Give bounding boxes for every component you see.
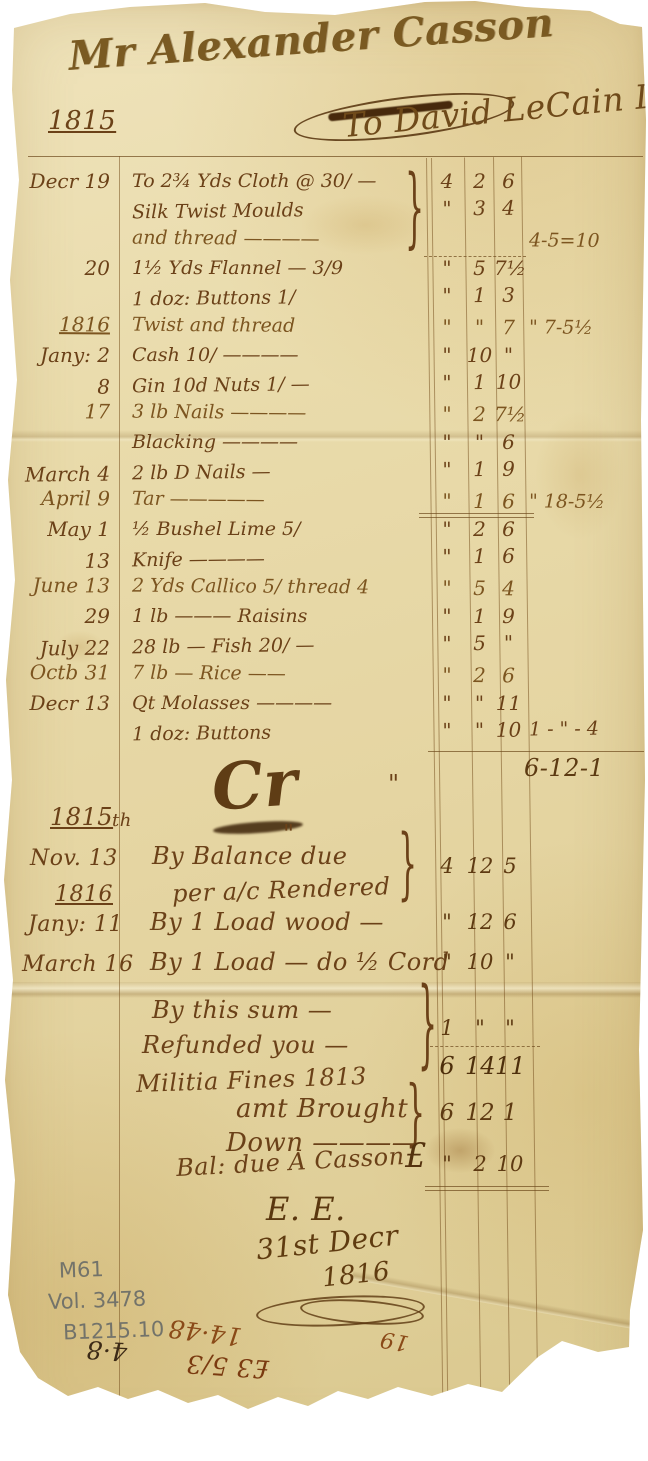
entry-pounds: " [429, 314, 465, 338]
amount-pence: 1 [495, 1100, 525, 1126]
balance-rule-line [425, 1190, 549, 1191]
ledger-row: 20 1½ Yds Flannel — 3/9 " 5 7½ [0, 253, 648, 282]
upside-down-jotting: 19 [378, 1326, 411, 1356]
entry-description: 1 lb ——— Raisins [118, 605, 429, 627]
ledger-row: Jany: 2 Cash 10/ ———— " 10 " [0, 340, 648, 369]
entry-date: Decr 13 [0, 691, 118, 715]
archive-mark-line: Vol. 3478 [47, 1283, 163, 1318]
ledger-row: 17 3 lb Nails ———— " 2 7½ [0, 396, 648, 430]
entry-description: Gin 10d Nuts 1/ — [118, 371, 429, 397]
entry-description: Tar ————— [118, 487, 429, 511]
entry-pounds: " [429, 256, 465, 280]
amount-shillings: 12 [465, 910, 495, 934]
amount-pounds: " [429, 1152, 465, 1176]
entry-date: Octb 31 [0, 659, 118, 684]
entry-description: and thread ———— [118, 226, 429, 250]
entry-pence: 11 [494, 691, 523, 715]
entry-date [0, 299, 118, 300]
entry-pounds: " [429, 718, 465, 742]
entry-subtotal-note: " 18-5½ [523, 490, 648, 513]
entry-pounds: " [429, 370, 465, 394]
credit-entry-date: Jany: 11 [28, 912, 123, 937]
debit-total: 6-12-1 [524, 754, 604, 782]
entry-pounds: " [429, 283, 465, 307]
archive-mark-line: M61 [46, 1252, 162, 1287]
entry-subtotal-note [523, 414, 648, 415]
entry-pence: 7½ [494, 402, 523, 426]
entry-pounds: " [429, 457, 465, 481]
entry-pounds: " [429, 430, 465, 454]
entry-pounds: " [429, 196, 465, 220]
entry-date [0, 734, 118, 735]
entry-pence: 6 [494, 543, 523, 567]
group-brace: } [405, 159, 424, 261]
entry-shillings: 1 [465, 456, 494, 480]
entry-pence: 9 [494, 456, 523, 480]
entry-description: 3 lb Nails ———— [118, 400, 429, 424]
ledger-row: May 1 ½ Bushel Lime 5/ " 2 6 [0, 514, 648, 543]
entry-pounds: " [429, 691, 465, 715]
amount-pence: 6 [495, 910, 525, 934]
brought-down-amount: 6 12 1 [429, 1100, 525, 1126]
amount-shillings: 10 [465, 950, 495, 974]
entry-shillings: 5 [465, 630, 494, 654]
amount-pence: 10 [495, 1152, 525, 1176]
entry-pence: 4 [494, 576, 523, 600]
entry-shillings: 5 [465, 575, 494, 599]
archive-marks: M61 Vol. 3478 B1215.10 [46, 1252, 164, 1349]
entry-shillings: 5 [465, 256, 494, 280]
entry-date: Decr 19 [0, 169, 118, 193]
amount-pounds: 4 [429, 854, 465, 878]
entry-description: Qt Molasses ———— [118, 692, 429, 714]
entry-pounds: " [429, 343, 465, 367]
entry-description: 1 doz: Buttons 1/ [118, 284, 429, 310]
entry-shillings: 1 [465, 488, 494, 512]
entry-subtotal-note [523, 467, 648, 469]
ledger-row: 29 1 lb ——— Raisins " 1 9 [0, 601, 648, 630]
entry-pounds: 4 [429, 169, 465, 193]
entry-description: Silk Twist Moulds [118, 197, 429, 223]
entry-description: 1½ Yds Flannel — 3/9 [118, 257, 429, 279]
ledger-row: June 13 2 Yds Callico 5/ thread 4 " 5 4 [0, 570, 648, 604]
credit-entry-description: By 1 Load — do ½ Cord [150, 948, 450, 976]
entry-subtotal-note [523, 380, 648, 382]
amount-shillings: " [465, 1016, 495, 1040]
entry-date: 17 [0, 398, 118, 423]
entry-pence: 6 [494, 517, 523, 541]
entry-subtotal-note: 4-5=10 [523, 229, 648, 252]
ledger-row: 1 doz: Buttons " " 10 1 - " - 4 [0, 713, 648, 750]
entry-subtotal-note [523, 641, 648, 643]
amount-shillings: 14 [465, 1052, 495, 1080]
entry-description: Twist and thread [118, 313, 429, 337]
ledger-row: Blacking ———— " " 6 [0, 427, 648, 456]
entry-shillings: 2 [465, 662, 494, 686]
entry-subtotal-note [523, 675, 648, 676]
amount-shillings: 12 [465, 1100, 495, 1126]
entry-pence: 3 [494, 282, 523, 306]
errors-excepted-mark: E. E. [266, 1190, 346, 1228]
credit-entry-description: Refunded you — [142, 1031, 349, 1059]
entry-date: June 13 [0, 572, 118, 597]
entry-pence: 6 [494, 169, 523, 193]
entry-shillings: 1 [465, 369, 494, 393]
entry-description: 28 lb — Fish 20/ — [118, 632, 429, 658]
entry-pence: 6 [494, 489, 523, 513]
entry-pounds: " [429, 401, 465, 425]
amount-pence: 11 [495, 1052, 525, 1080]
entry-subtotal-note [523, 206, 648, 208]
entry-shillings: 1 [465, 282, 494, 306]
entry-shillings: " [465, 717, 494, 741]
ledger-row: and thread ———— 4-5=10 [0, 222, 648, 256]
entry-shillings: 1 [465, 604, 494, 628]
credit-amount: 1 " " [429, 1016, 525, 1040]
credit-entry-description: By this sum — [152, 996, 332, 1024]
amount-pounds: 1 [429, 1016, 465, 1040]
debit-entries: Decr 19 To 2¾ Yds Cloth @ 30/ — 4 2 6 Si… [0, 166, 648, 746]
upside-down-jotting: 4·8 [85, 1335, 128, 1366]
amount-pounds: " [429, 910, 465, 934]
entry-date: 29 [0, 604, 118, 628]
entry-date [0, 236, 118, 237]
entry-description: 1 doz: Buttons [118, 719, 429, 745]
credit-entry-description: By Balance due [152, 842, 348, 870]
year-label: 1815 [48, 106, 116, 136]
entry-pence: " [494, 343, 523, 367]
balance-due-amount: " 2 10 [429, 1152, 525, 1176]
credit-heading: Cr [209, 745, 300, 826]
entry-shillings: 3 [465, 195, 494, 219]
debit-total-rule-line [428, 751, 644, 752]
entry-date: April 9 [0, 485, 118, 510]
credit-year-below: 1816 [55, 882, 113, 907]
entry-description: Knife ———— [118, 545, 429, 571]
ledger-row: Octb 31 7 lb — Rice —— " 2 6 [0, 657, 648, 691]
credit-entry-description: By 1 Load wood — [150, 908, 384, 936]
entry-description: Blacking ———— [118, 431, 429, 453]
credit-amount: " 10 " [429, 950, 525, 974]
credit-total-rule-line [430, 1046, 540, 1047]
entry-subtotal-note [523, 554, 648, 556]
credit-year-suffix: th [112, 810, 132, 831]
brought-down-label: amt Brought [236, 1094, 408, 1124]
entry-date: 20 [0, 256, 118, 280]
entry-date: Jany: 2 [0, 343, 118, 367]
entry-description: 7 lb — Rice —— [118, 661, 429, 685]
entry-pounds: " [429, 544, 465, 568]
ledger-paper: Mr Alexander Casson 1815 To David LeCain… [0, 0, 648, 1461]
entry-shillings: 2 [465, 401, 494, 425]
entry-pence: 10 [494, 369, 523, 393]
entry-shillings: 2 [465, 517, 494, 541]
entry-date: May 1 [0, 517, 118, 541]
entry-pounds: " [429, 604, 465, 628]
pound-sign: £ [405, 1136, 427, 1176]
credit-amount: " 12 6 [429, 910, 525, 934]
entry-shillings: " [465, 691, 494, 715]
entry-pence: 7½ [494, 256, 523, 280]
amount-pounds: 6 [429, 1100, 465, 1126]
entry-pounds: " [429, 631, 465, 655]
entry-description: To 2¾ Yds Cloth @ 30/ — [118, 170, 429, 192]
addressee-name: Mr Alexander Casson [67, 0, 555, 80]
credit-year-label: 1815 [50, 803, 113, 831]
credit-entry-date: March 16 [22, 952, 134, 977]
entry-shillings: " [465, 314, 494, 338]
entry-pence: 6 [494, 430, 523, 454]
balance-rule-line [425, 1186, 549, 1187]
debtor-line: To David LeCain Dr [341, 74, 648, 145]
entry-shillings: " [465, 430, 494, 454]
entry-description: ½ Bushel Lime 5/ [118, 518, 429, 540]
entry-pence: 6 [494, 663, 523, 687]
amount-shillings: 12 [465, 854, 495, 878]
amount-pence: " [495, 950, 525, 974]
amount-pence: 5 [495, 854, 525, 878]
entry-subtotal-note: 1 - " - 4 [523, 717, 648, 741]
entry-pence: " [494, 630, 523, 654]
ledger-row: Decr 19 To 2¾ Yds Cloth @ 30/ — 4 2 6 [0, 166, 648, 195]
entry-pence: 10 [494, 717, 523, 741]
entry-subtotal-note [523, 293, 648, 295]
credit-amount: 4 12 5 [429, 854, 525, 878]
entry-pence: 4 [494, 195, 523, 219]
entry-subtotal-note [523, 588, 648, 589]
entry-shillings: 2 [465, 169, 494, 193]
amount-shillings: 2 [465, 1152, 495, 1176]
ditto-mark: " [388, 770, 400, 798]
entry-pounds: " [429, 575, 465, 599]
entry-shillings: 1 [465, 543, 494, 567]
entry-pence: 7 [494, 315, 523, 339]
credit-total: 6 14 11 [429, 1052, 525, 1080]
entry-shillings: 10 [465, 343, 494, 367]
entry-pounds: " [429, 488, 465, 512]
entry-pence: 9 [494, 604, 523, 628]
credit-entry-date: Nov. 13 [30, 846, 118, 871]
ledger-row: April 9 Tar ————— " 1 6 " 18-5½ [0, 483, 648, 517]
ledger-row: 1816 Twist and thread " " 7 " 7-5½ [0, 309, 648, 343]
entry-description: 2 lb D Nails — [118, 458, 429, 484]
entry-subtotal-note: " 7-5½ [523, 316, 648, 339]
entry-date: 1816 [0, 311, 118, 336]
upside-down-jotting: £3 5/3 [185, 1349, 270, 1384]
entry-pounds: " [429, 662, 465, 686]
entry-description: 2 Yds Callico 5/ thread 4 [118, 574, 429, 598]
group-brace: } [398, 820, 417, 911]
entry-description: Cash 10/ ———— [118, 344, 429, 366]
ledger-row: Decr 13 Qt Molasses ———— " " 11 [0, 688, 648, 717]
amount-pounds: 6 [429, 1052, 465, 1080]
entry-date [0, 212, 118, 213]
entry-pounds: " [429, 517, 465, 541]
amount-pence: " [495, 1016, 525, 1040]
